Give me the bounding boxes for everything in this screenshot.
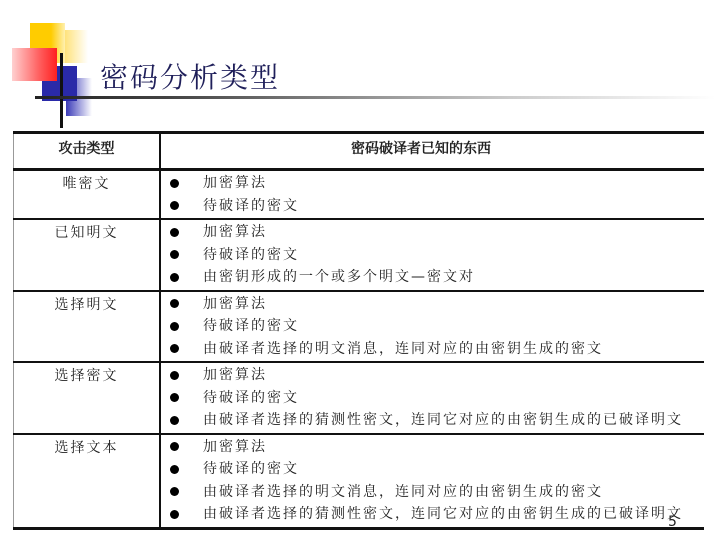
bullet-icon xyxy=(170,393,179,402)
bullet-icon xyxy=(170,487,179,496)
item-text: 加密算法 xyxy=(203,221,267,244)
bullet-icon xyxy=(170,371,179,380)
list-item: 由密钥形成的一个或多个明文—密文对 xyxy=(170,266,703,289)
item-text: 加密算法 xyxy=(203,436,267,459)
known-info-cell: 加密算法 待破译的密文 由破译者选择的明文消息，连同对应的由密钥生成的密文 xyxy=(160,291,704,363)
list-item: 由破译者选择的猜测性密文，连同它对应的由密钥生成的已破译明文 xyxy=(170,503,703,526)
item-text: 加密算法 xyxy=(203,172,267,195)
list-item: 由破译者选择的猜测性密文，连同它对应的由密钥生成的已破译明文 xyxy=(170,409,703,432)
attack-type-cell: 选择文本 xyxy=(14,434,161,529)
table-row: 已知明文 加密算法 待破译的密文 由密钥形成的一个或多个明文—密文对 xyxy=(14,219,705,291)
bullet-icon xyxy=(170,273,179,282)
attack-type-cell: 唯密文 xyxy=(14,170,161,220)
attack-type-cell: 选择密文 xyxy=(14,362,161,434)
attack-types-table: 攻击类型 密码破译者已知的东西 唯密文 加密算法 待破译的密文 已知明文 加密算… xyxy=(13,131,704,530)
bullet-icon xyxy=(170,179,179,188)
decor-yellow-fade xyxy=(63,30,88,63)
item-text: 待破译的密文 xyxy=(203,387,299,410)
bullet-icon xyxy=(170,228,179,237)
bullet-icon xyxy=(170,250,179,259)
list-item: 加密算法 xyxy=(170,364,703,387)
decor-red-square xyxy=(12,48,57,81)
item-text: 由破译者选择的猜测性密文，连同它对应的由密钥生成的已破译明文 xyxy=(203,409,683,432)
bullet-icon xyxy=(170,465,179,474)
list-item: 待破译的密文 xyxy=(170,195,703,218)
list-item: 由破译者选择的明文消息，连同对应的由密钥生成的密文 xyxy=(170,481,703,504)
list-item: 待破译的密文 xyxy=(170,387,703,410)
known-info-cell: 加密算法 待破译的密文 由破译者选择的明文消息，连同对应的由密钥生成的密文 由破… xyxy=(160,434,704,529)
attack-type-cell: 已知明文 xyxy=(14,219,161,291)
bullet-icon xyxy=(170,416,179,425)
list-item: 加密算法 xyxy=(170,293,703,316)
item-text: 加密算法 xyxy=(203,364,267,387)
header-attack-type: 攻击类型 xyxy=(14,133,161,170)
known-info-cell: 加密算法 待破译的密文 由破译者选择的猜测性密文，连同它对应的由密钥生成的已破译… xyxy=(160,362,704,434)
item-text: 待破译的密文 xyxy=(203,458,299,481)
table-row: 唯密文 加密算法 待破译的密文 xyxy=(14,170,705,220)
page-number: 5 xyxy=(668,514,677,530)
table-row: 选择文本 加密算法 待破译的密文 由破译者选择的明文消息，连同对应的由密钥生成的… xyxy=(14,434,705,529)
table-row: 选择密文 加密算法 待破译的密文 由破译者选择的猜测性密文，连同它对应的由密钥生… xyxy=(14,362,705,434)
item-text: 由破译者选择的明文消息，连同对应的由密钥生成的密文 xyxy=(203,481,603,504)
bullet-icon xyxy=(170,344,179,353)
list-item: 加密算法 xyxy=(170,221,703,244)
bullet-icon xyxy=(170,442,179,451)
table-header-row: 攻击类型 密码破译者已知的东西 xyxy=(14,133,705,170)
item-text: 由密钥形成的一个或多个明文—密文对 xyxy=(203,266,475,289)
known-info-cell: 加密算法 待破译的密文 xyxy=(160,170,704,220)
bullet-icon xyxy=(170,322,179,331)
list-item: 加密算法 xyxy=(170,436,703,459)
bullet-icon xyxy=(170,299,179,308)
bullet-icon xyxy=(170,510,179,519)
item-text: 待破译的密文 xyxy=(203,195,299,218)
header-known-info: 密码破译者已知的东西 xyxy=(160,133,704,170)
bullet-icon xyxy=(170,201,179,210)
attack-type-cell: 选择明文 xyxy=(14,291,161,363)
list-item: 加密算法 xyxy=(170,172,703,195)
table-row: 选择明文 加密算法 待破译的密文 由破译者选择的明文消息，连同对应的由密钥生成的… xyxy=(14,291,705,363)
list-item: 待破译的密文 xyxy=(170,244,703,267)
item-text: 加密算法 xyxy=(203,293,267,316)
known-info-cell: 加密算法 待破译的密文 由密钥形成的一个或多个明文—密文对 xyxy=(160,219,704,291)
list-item: 待破译的密文 xyxy=(170,458,703,481)
item-text: 由破译者选择的明文消息，连同对应的由密钥生成的密文 xyxy=(203,338,603,361)
title-underline xyxy=(35,96,715,99)
item-text: 待破译的密文 xyxy=(203,315,299,338)
list-item: 待破译的密文 xyxy=(170,315,703,338)
decor-vertical-line xyxy=(60,53,63,128)
list-item: 由破译者选择的明文消息，连同对应的由密钥生成的密文 xyxy=(170,338,703,361)
item-text: 待破译的密文 xyxy=(203,244,299,267)
slide-title: 密码分析类型 xyxy=(100,56,280,96)
item-text: 由破译者选择的猜测性密文，连同它对应的由密钥生成的已破译明文 xyxy=(203,503,683,526)
